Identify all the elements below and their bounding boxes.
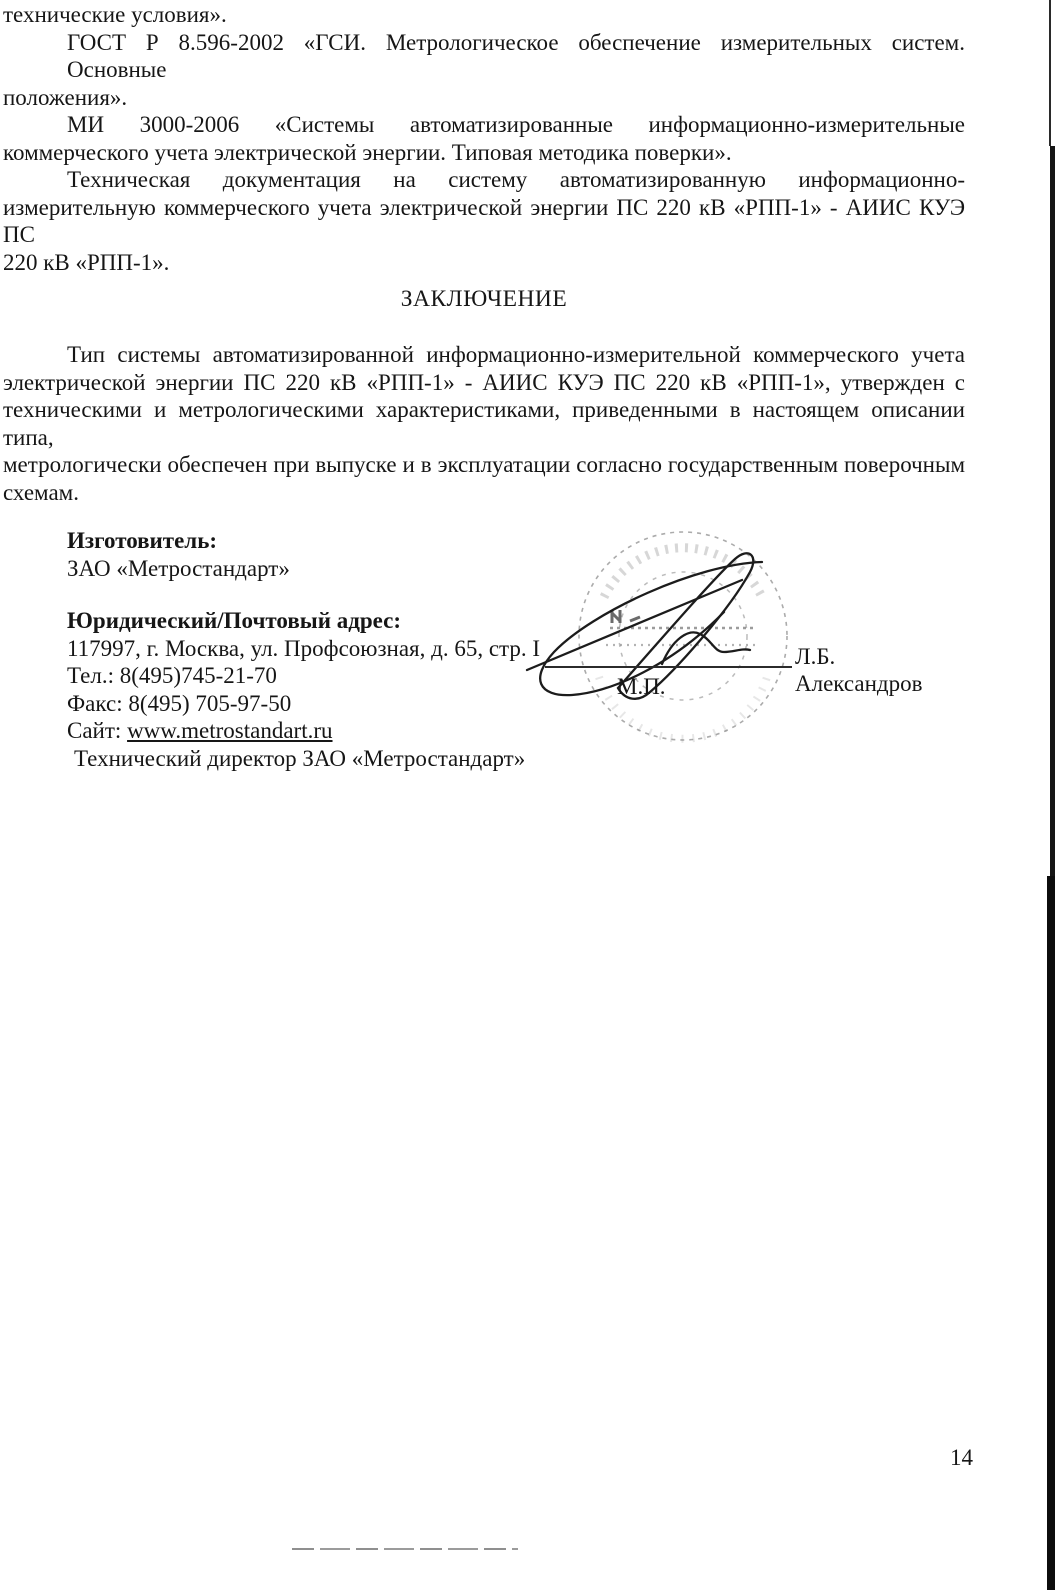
text-line: МИ 3000-2006 «Системы автоматизированные… (3, 111, 965, 139)
signatory-role: Технический директор ЗАО «Метростандарт» (3, 745, 965, 773)
text-line: технические условия». (3, 1, 965, 29)
text-line: Тип системы автоматизированной информаци… (3, 341, 965, 369)
text-line: схемам. (3, 479, 965, 507)
website-url: www.metrostandart.ru (127, 718, 332, 743)
text-line: ГОСТ Р 8.596-2002 «ГСИ. Метрологическое … (3, 29, 965, 84)
text-line: коммерческого учета электрической энерги… (3, 139, 965, 167)
text-line: измерительную коммерческого учета электр… (3, 194, 965, 249)
website-line: Сайт: www.metrostandart.ru (67, 717, 965, 745)
text-line: Техническая документация на систему авто… (3, 166, 965, 194)
text-line: 220 кВ «РПП-1». (3, 249, 965, 277)
signature-line (545, 666, 792, 668)
seal-place-mark: М.П. (617, 673, 666, 700)
scan-artifact-dashed-line (292, 1548, 518, 1550)
text-line: техническими и метрологическими характер… (3, 396, 965, 451)
text-line: электрической энергии ПС 220 кВ «РПП-1» … (3, 369, 965, 397)
signatory-name: Л.Б. Александров (795, 643, 922, 697)
conclusion-heading: ЗАКЛЮЧЕНИЕ (3, 285, 965, 313)
scan-edge-line (1049, 0, 1051, 146)
text-line: метрологически обеспечен при выпуске и в… (3, 451, 965, 479)
scan-edge-bar (1050, 146, 1055, 876)
page-number: 14 (950, 1444, 973, 1471)
text-line: положения». (3, 84, 965, 112)
manufacturer-block: Изготовитель: ЗАО «Метростандарт» (3, 527, 965, 582)
website-label: Сайт: (67, 718, 127, 743)
scan-edge-bar (1047, 876, 1055, 1590)
conclusion-paragraph: Тип системы автоматизированной информаци… (3, 341, 965, 506)
scanned-document-page: технические условия».ГОСТ Р 8.596-2002 «… (0, 0, 1055, 1590)
body-paragraphs: технические условия».ГОСТ Р 8.596-2002 «… (3, 1, 965, 276)
